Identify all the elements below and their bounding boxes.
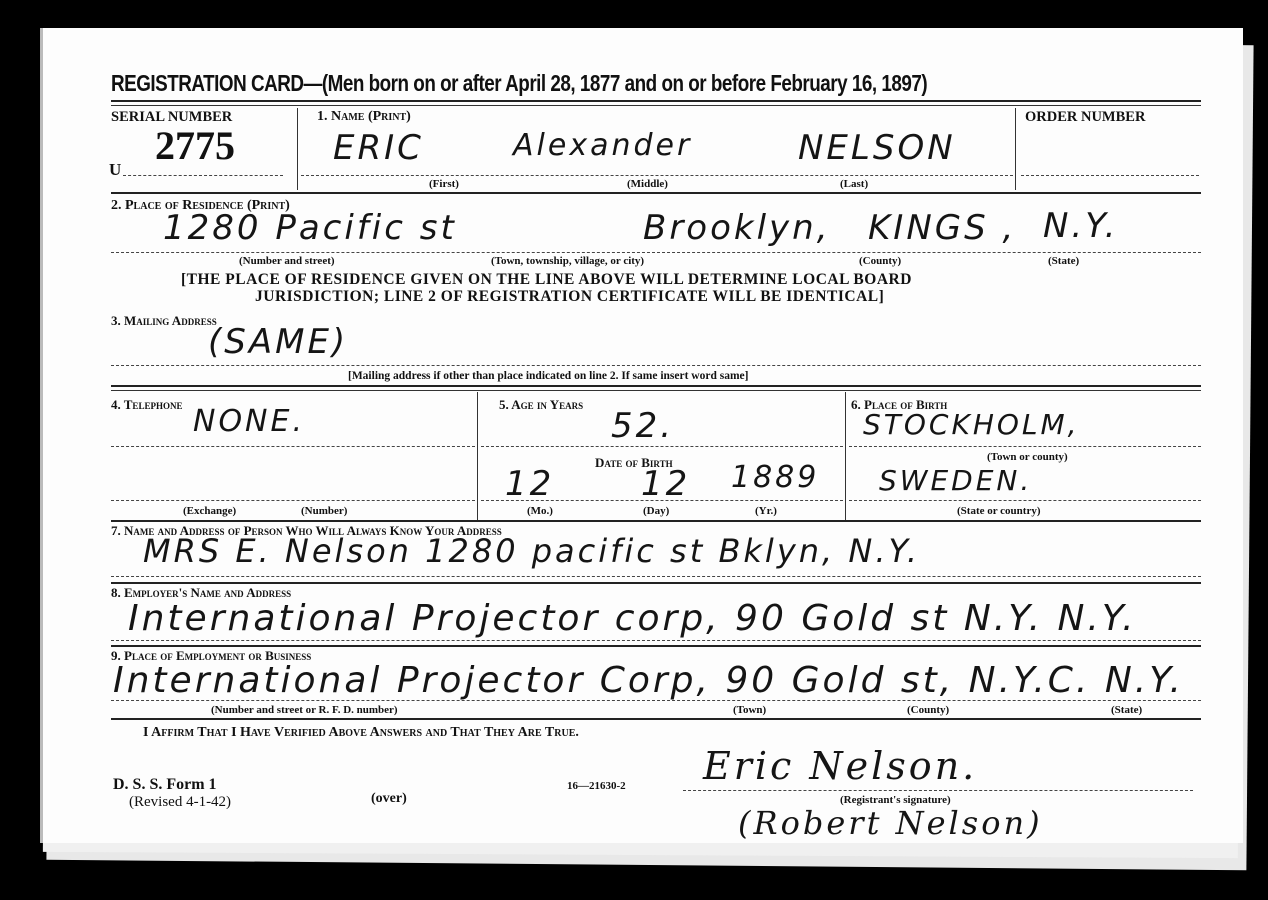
title-rule-2 bbox=[111, 105, 1201, 106]
section-rule bbox=[111, 582, 1201, 584]
section-rule bbox=[111, 192, 1201, 194]
age-line bbox=[481, 446, 843, 447]
caption-year: (Yr.) bbox=[755, 505, 777, 517]
caption-exchange: (Exchange) bbox=[183, 505, 236, 517]
telephone-value: NONE. bbox=[193, 404, 305, 439]
contact-value: MRS E. Nelson 1280 pacific st Bklyn, N.Y… bbox=[143, 532, 920, 570]
residence-notice-2: JURISDICTION; LINE 2 OF REGISTRATION CER… bbox=[255, 288, 884, 306]
residence-line bbox=[111, 252, 1201, 253]
employer-value: International Projector corp, 90 Gold st… bbox=[128, 598, 1137, 639]
caption-county: (County) bbox=[859, 255, 901, 267]
caption-month: (Mo.) bbox=[527, 505, 553, 517]
title-rule bbox=[111, 100, 1201, 102]
dob-month: 12 bbox=[505, 464, 554, 504]
serial-number-value: 2775 bbox=[155, 122, 235, 169]
birthplace-line-2 bbox=[849, 500, 1201, 501]
caption-day: (Day) bbox=[643, 505, 669, 517]
caption-street: (Number and street) bbox=[239, 255, 335, 267]
registration-card: REGISTRATION CARD—(Men born on or after … bbox=[40, 28, 1243, 843]
dob-line bbox=[481, 500, 843, 501]
residence-town: Brooklyn, bbox=[643, 208, 831, 248]
residence-state: N.Y. bbox=[1043, 206, 1118, 246]
section-rule bbox=[111, 645, 1201, 647]
birthplace-line bbox=[849, 446, 1201, 447]
residence-street: 1280 Pacific st bbox=[163, 208, 457, 248]
registrant-signature: Eric Nelson. bbox=[703, 744, 977, 788]
caption-last: (Last) bbox=[840, 178, 868, 190]
divider bbox=[297, 108, 298, 190]
section-rule bbox=[111, 718, 1201, 720]
form-number: D. S. S. Form 1 bbox=[113, 776, 217, 794]
caption-employment-county: (County) bbox=[907, 704, 949, 716]
caption-state: (State) bbox=[1048, 255, 1079, 267]
order-number-line bbox=[1021, 175, 1199, 176]
age-label: 5. Age in Years bbox=[499, 397, 583, 413]
witness-signature: (Robert Nelson) bbox=[738, 804, 1043, 842]
telephone-line-2 bbox=[111, 500, 475, 501]
caption-employment-state: (State) bbox=[1111, 704, 1142, 716]
name-middle: Alexander bbox=[513, 128, 692, 163]
telephone-line bbox=[111, 446, 475, 447]
dob-day: 12 bbox=[641, 464, 690, 504]
caption-employment-town: (Town) bbox=[733, 704, 766, 716]
mailing-note: [Mailing address if other than place ind… bbox=[348, 370, 748, 382]
mailing-value: (SAME) bbox=[208, 322, 348, 362]
serial-line bbox=[123, 175, 283, 176]
signature-line bbox=[683, 790, 1193, 791]
caption-employment-street: (Number and street or R. F. D. number) bbox=[211, 704, 398, 716]
divider bbox=[1015, 108, 1016, 190]
caption-birth-country: (State or country) bbox=[957, 505, 1041, 517]
employment-line bbox=[111, 700, 1201, 701]
caption-number: (Number) bbox=[301, 505, 347, 517]
caption-birth-town: (Town or county) bbox=[987, 451, 1068, 463]
card-title: REGISTRATION CARD—(Men born on or after … bbox=[111, 70, 927, 97]
divider bbox=[845, 392, 846, 520]
order-number-label: ORDER NUMBER bbox=[1025, 109, 1145, 126]
mailing-label: 3. Mailing Address bbox=[111, 313, 217, 329]
section-rule bbox=[111, 520, 1201, 522]
section-rule bbox=[111, 390, 1201, 391]
employment-value: International Projector Corp, 90 Gold st… bbox=[113, 660, 1184, 701]
dob-year: 1889 bbox=[731, 460, 819, 495]
form-revised: (Revised 4-1-42) bbox=[129, 794, 231, 811]
age-value: 52. bbox=[611, 406, 674, 446]
birthplace-town: STOCKHOLM, bbox=[863, 408, 1080, 441]
over-label: (over) bbox=[371, 791, 407, 807]
caption-middle: (Middle) bbox=[627, 178, 668, 190]
divider bbox=[477, 392, 478, 520]
employer-line bbox=[111, 640, 1201, 641]
affirmation-text: I Affirm That I Have Verified Above Answ… bbox=[143, 725, 579, 741]
name-label: 1. Name (Print) bbox=[317, 109, 411, 125]
caption-first: (First) bbox=[429, 178, 459, 190]
name-last: NELSON bbox=[798, 128, 956, 168]
contact-line bbox=[111, 576, 1201, 577]
caption-town: (Town, township, village, or city) bbox=[491, 255, 644, 267]
name-line bbox=[301, 175, 1013, 176]
mailing-line bbox=[111, 365, 1201, 366]
residence-county: KINGS , bbox=[868, 208, 1016, 248]
residence-notice-1: [THE PLACE OF RESIDENCE GIVEN ON THE LIN… bbox=[181, 271, 912, 289]
telephone-label: 4. Telephone bbox=[111, 397, 182, 413]
print-code: 16—21630-2 bbox=[567, 780, 626, 792]
name-first: ERIC bbox=[333, 128, 424, 168]
section-rule bbox=[111, 385, 1201, 387]
serial-prefix: U bbox=[109, 160, 121, 180]
birthplace-country: SWEDEN. bbox=[879, 464, 1032, 497]
